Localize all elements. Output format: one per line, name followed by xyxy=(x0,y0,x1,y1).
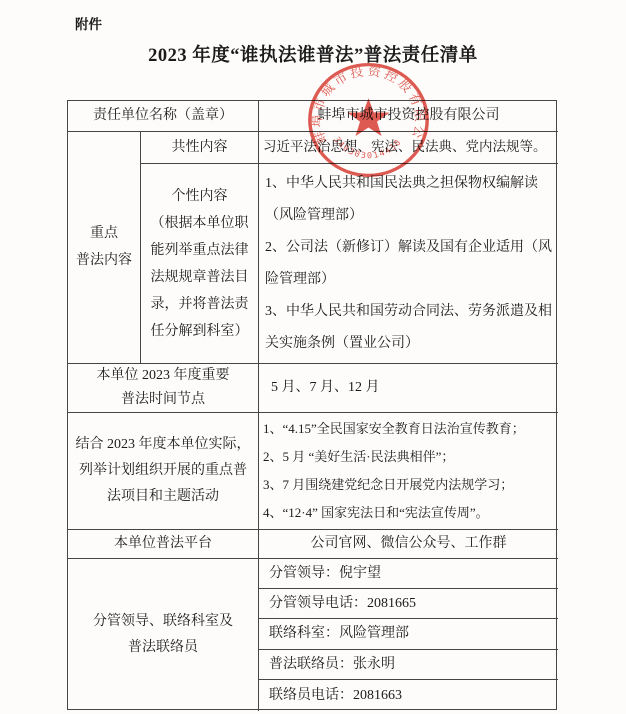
individual-content-label: 个性内容 （根据本单位职能列举重点法律法规规章普法目录，并将普法责任分解到科室） xyxy=(141,164,259,364)
individual-content-items: 1、中华人民共和国民法典之担保物权编解读（风险管理部） 2、公司法（新修订）解读… xyxy=(259,164,558,364)
project-item: 3、7 月围绕建党纪念日开展党内法规学习； xyxy=(263,471,513,499)
contact-leader: 分管领导：倪宇望 xyxy=(259,559,558,589)
projects-items: 1、“4.15”全民国家安全教育日法治宣传教育； 2、5 月 “美好生活·民法典… xyxy=(259,413,558,530)
project-item: 1、“4.15”全民国家安全教育日法治宣传教育； xyxy=(263,415,525,443)
key-content-line1: 重点 xyxy=(90,221,118,248)
page-title: 2023 年度“谁执法谁普法”普法责任清单 xyxy=(0,41,626,67)
unit-name-value: 蚌埠市城市投资控股有限公司 xyxy=(259,101,558,132)
individual-item: 1、中华人民共和国民法典之担保物权编解读（风险管理部） xyxy=(265,168,556,232)
project-item: 2、5 月 “美好生活·民法典相伴”； xyxy=(263,443,454,471)
responsibility-table: 责任单位名称（盖章） 蚌埠市城市投资控股有限公司 重点 普法内容 共性内容 习近… xyxy=(67,100,557,710)
contact-liaison-phone: 联络员电话：2081663 xyxy=(259,680,558,711)
platform-label: 本单位普法平台 xyxy=(68,530,259,559)
projects-label: 结合 2023 年度本单位实际， 列举计划组织开展的重点普 法项目和主题活动 xyxy=(68,413,259,530)
contact-leader-phone: 分管领导电话：2081665 xyxy=(259,589,558,619)
attachment-label: 附件 xyxy=(75,13,102,33)
project-item: 4、“12·4” 国家宪法日和“宪法宣传周”。 xyxy=(263,499,489,527)
contact-department: 联络科室：风险管理部 xyxy=(259,619,558,650)
platform-value: 公司官网、微信公众号、工作群 xyxy=(259,530,558,559)
individual-content-note: （根据本单位职能列举重点法律法规规章普法目录，并将普法责任分解到科室） xyxy=(146,210,253,345)
common-content-label: 共性内容 xyxy=(141,132,259,164)
individual-item: 2、公司法（新修订）解读及国有企业适用（风险管理部） xyxy=(265,232,556,296)
contact-liaison: 普法联络员：张永明 xyxy=(259,650,558,680)
common-content-value: 习近平法治思想、宪法、民法典、党内法规等。 xyxy=(259,132,558,164)
contacts-label: 分管领导、联络科室及 普法联络员 xyxy=(68,559,259,711)
timeline-label: 本单位 2023 年度重要 普法时间节点 xyxy=(68,364,259,413)
individual-item: 3、中华人民共和国劳动合同法、劳务派遣及相关实施条例（置业公司） xyxy=(265,296,556,360)
unit-name-label: 责任单位名称（盖章） xyxy=(68,101,259,132)
key-content-label: 重点 普法内容 xyxy=(68,132,141,364)
key-content-line2: 普法内容 xyxy=(76,248,132,275)
timeline-value: 5 月、7 月、12 月 xyxy=(259,364,558,413)
individual-content-title: 个性内容 xyxy=(172,183,228,210)
